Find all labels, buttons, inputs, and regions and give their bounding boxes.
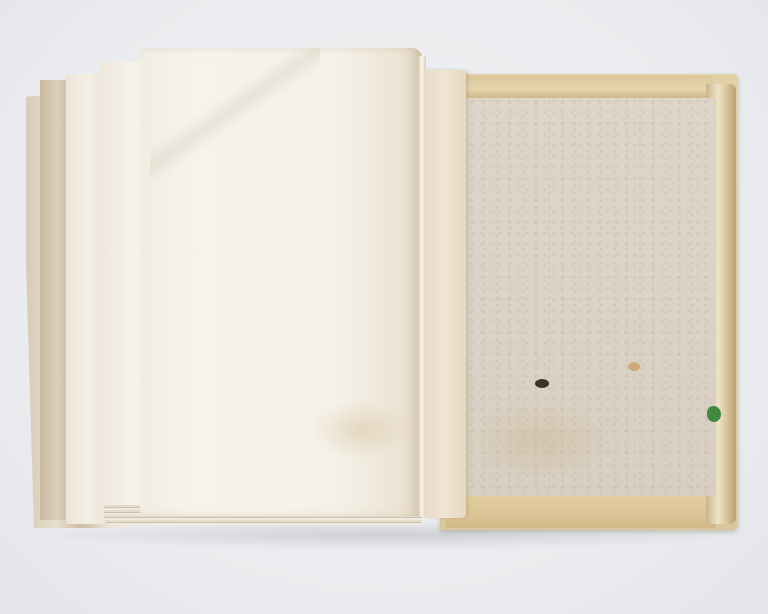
- cover-top-turn-in: [462, 76, 712, 98]
- page-fold-crease: [150, 48, 320, 178]
- dark-spot: [535, 379, 549, 388]
- turned-leaf: [424, 70, 466, 518]
- amber-spot: [628, 362, 640, 371]
- green-spot: [707, 406, 721, 422]
- page-stain: [310, 400, 410, 460]
- water-stain: [470, 400, 610, 480]
- cover-bottom-turn-in: [446, 496, 716, 528]
